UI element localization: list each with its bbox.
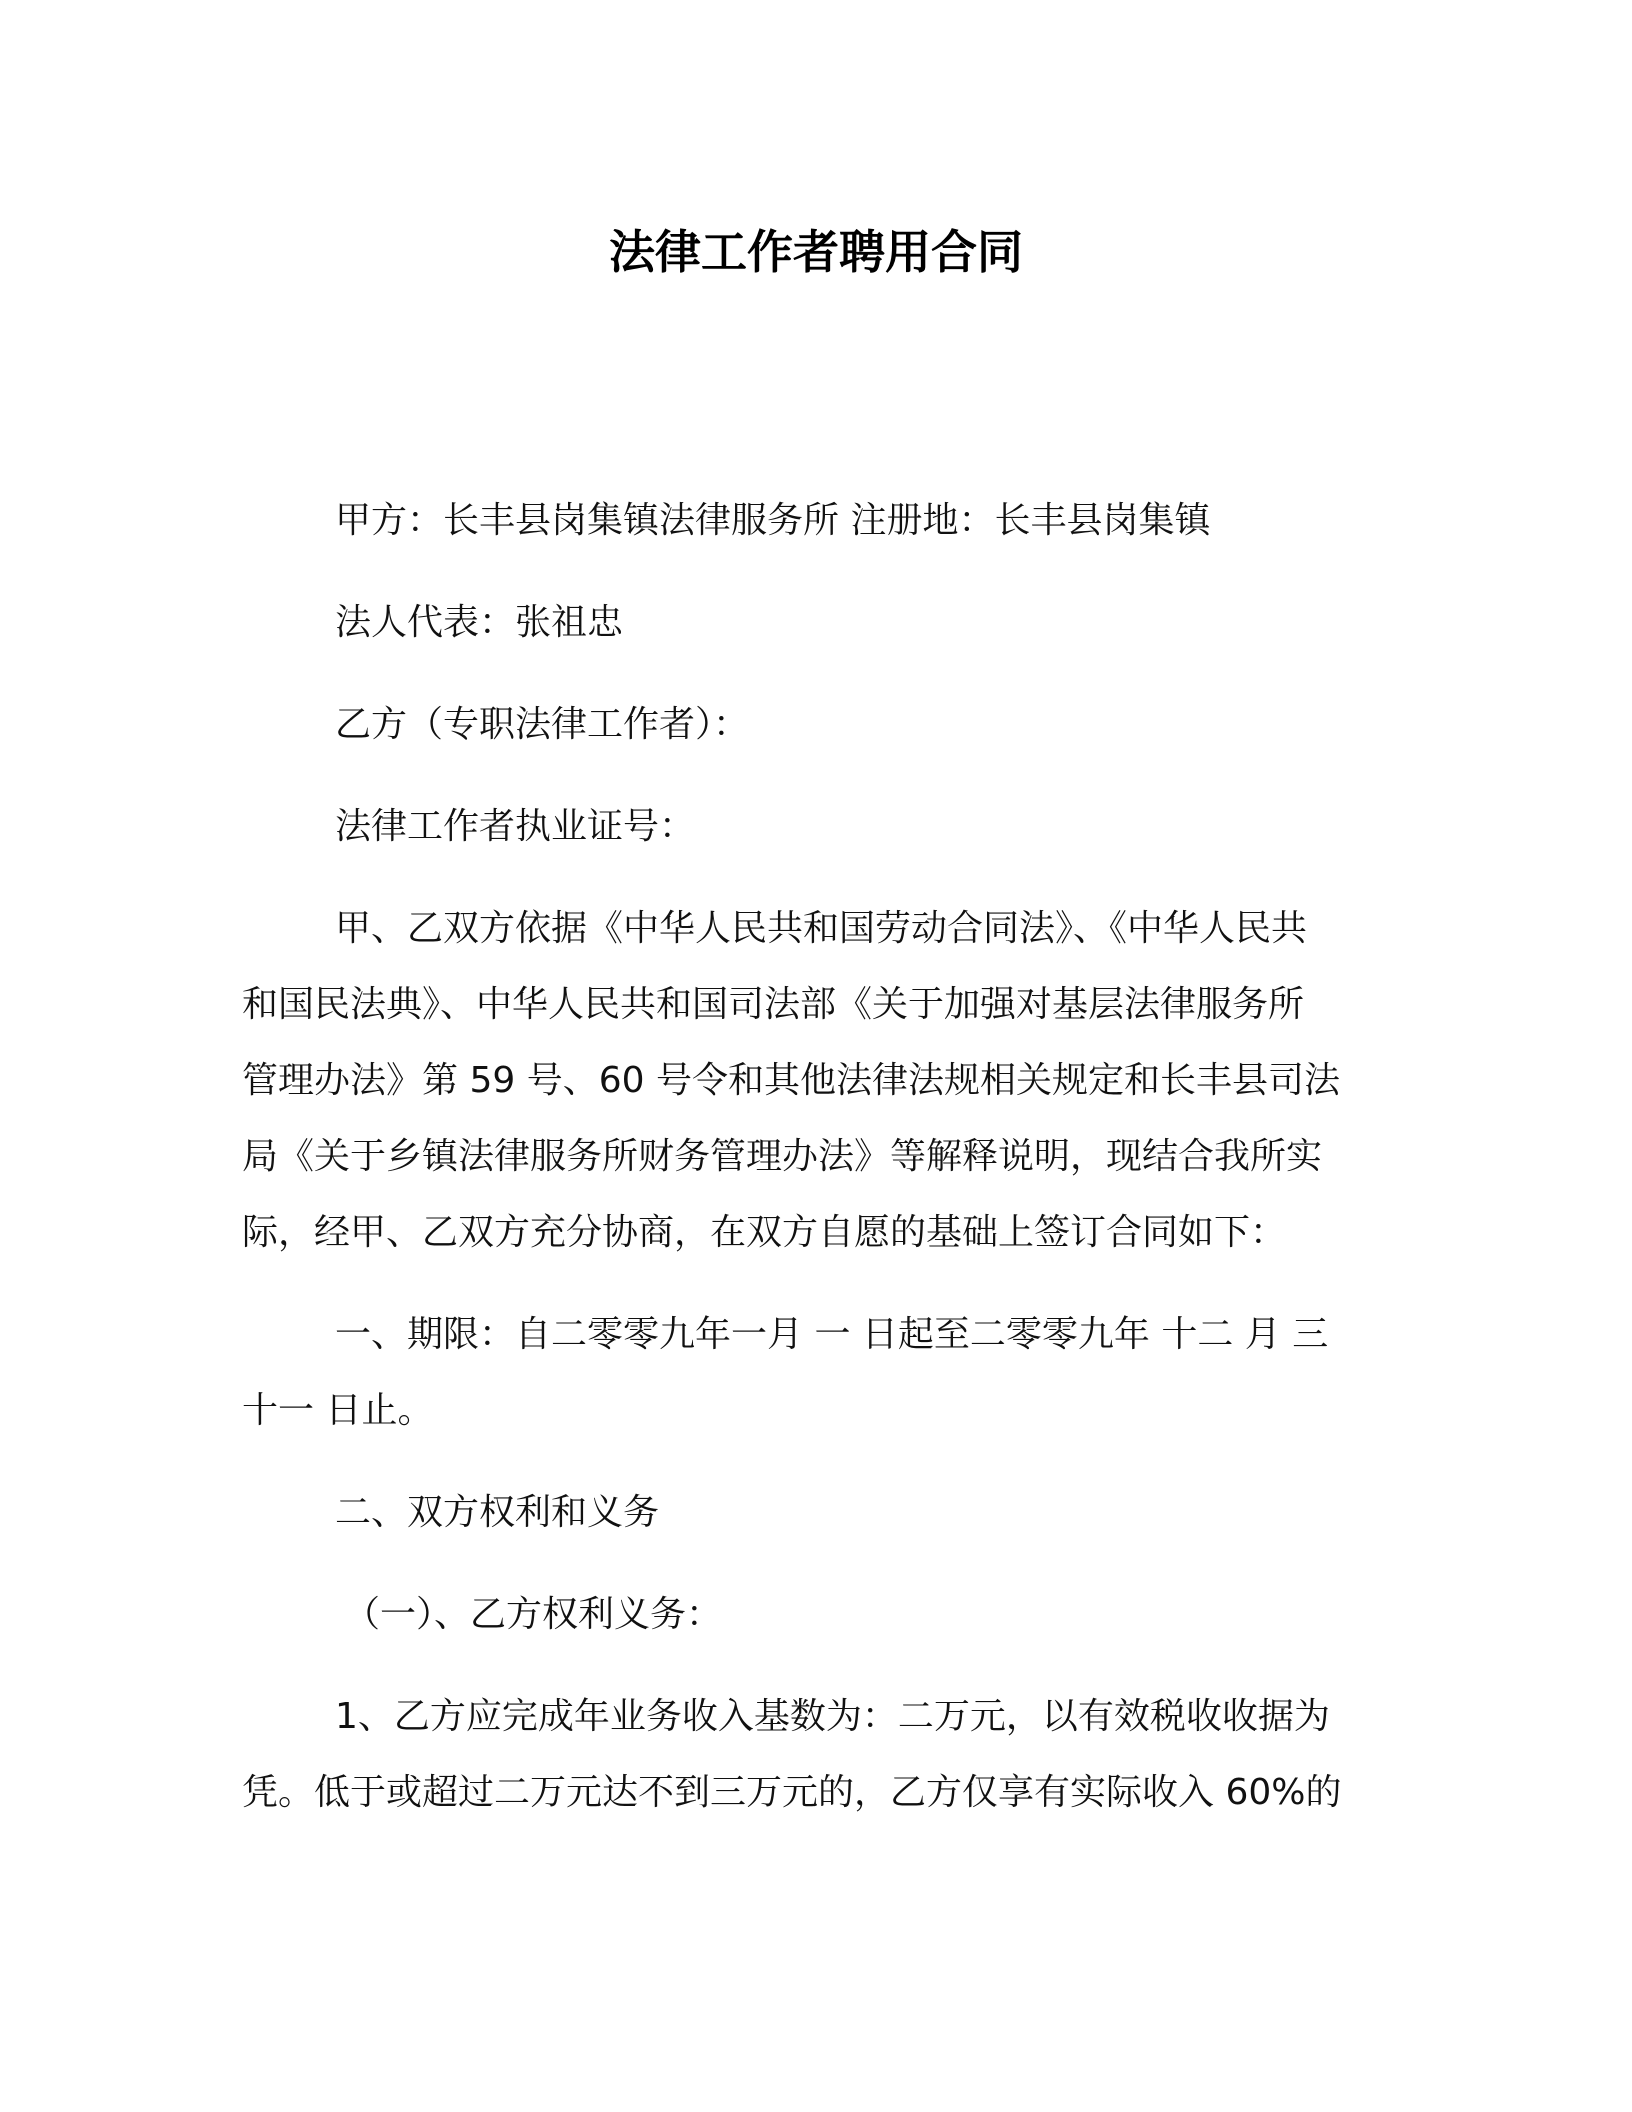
license-number-line: 法律工作者执业证号：	[335, 803, 695, 851]
clause-one-line: 1、乙方应完成年业务收入基数为：二万元，以有效税收收据为	[335, 1693, 1330, 1741]
preamble-line: 管理办法》第 59 号、60 号令和其他法律法规相关规定和长丰县司法	[242, 1057, 1340, 1105]
section-two-heading: 二、双方权利和义务	[335, 1489, 659, 1537]
preamble-line: 局《关于乡镇法律服务所财务管理办法》等解释说明，现结合我所实	[242, 1133, 1322, 1181]
subsection-one-heading: （一）、乙方权利义务：	[344, 1591, 722, 1639]
legal-representative-line: 法人代表：张祖忠	[335, 599, 623, 647]
preamble-line: 甲、乙双方依据《中华人民共和国劳动合同法》、《中华人民共	[335, 905, 1307, 953]
preamble-line: 和国民法典》、中华人民共和国司法部《关于加强对基层法律服务所	[242, 981, 1304, 1029]
clause-one-line: 凭。低于或超过二万元达不到三万元的，乙方仅享有实际收入 60%的	[242, 1769, 1341, 1817]
document-title: 法律工作者聘用合同	[0, 222, 1632, 282]
party-a-line: 甲方：长丰县岗集镇法律服务所 注册地：长丰县岗集镇	[335, 497, 1210, 545]
term-line: 一、期限：自二零零九年一月 一 日起至二零零九年 十二 月 三	[335, 1311, 1328, 1359]
preamble-line: 际，经甲、乙双方充分协商，在双方自愿的基础上签订合同如下：	[242, 1209, 1286, 1257]
party-b-line: 乙方（专职法律工作者）：	[335, 701, 749, 749]
document-page: 法律工作者聘用合同 甲方：长丰县岗集镇法律服务所 注册地：长丰县岗集镇 法人代表…	[0, 0, 1632, 2112]
term-line: 十一 日止。	[242, 1387, 433, 1435]
